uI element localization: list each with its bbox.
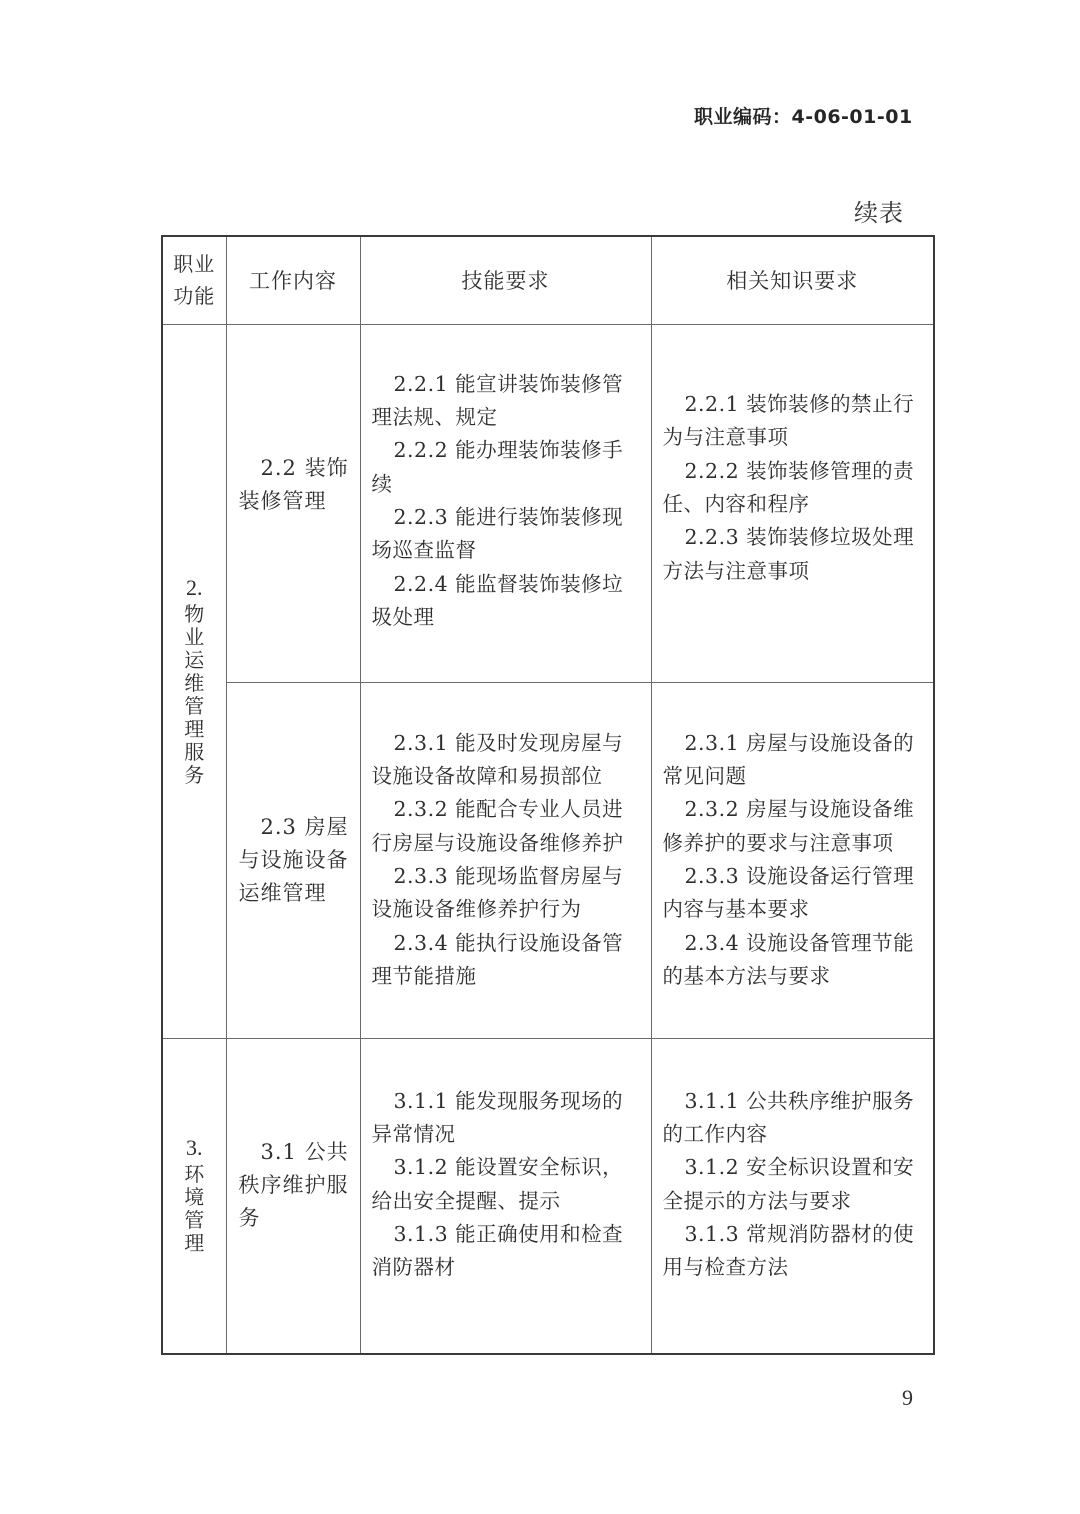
knowledge-item: 3.1.3 常规消防器材的使用与检查方法 bbox=[663, 1218, 926, 1285]
work-content-text: 3.1 公共秩序维护服务 bbox=[239, 1136, 352, 1235]
column-header-function-line2: 功能 bbox=[163, 280, 226, 312]
skill-item: 3.1.1 能发现服务现场的异常情况 bbox=[372, 1085, 643, 1152]
occupation-standard-table: 职业 功能 工作内容 技能要求 相关知识要求 2. 物业运维管理服务 2.2 装… bbox=[161, 235, 935, 1355]
skills-cell: 2.2.1 能宣讲装饰装修管理法规、规定 2.2.2 能办理装饰装修手续 2.2… bbox=[360, 324, 651, 682]
skill-item: 2.2.1 能宣讲装饰装修管理法规、规定 bbox=[372, 368, 643, 435]
knowledge-item: 3.1.2 安全标识设置和安全提示的方法与要求 bbox=[663, 1151, 926, 1218]
column-header-knowledge: 相关知识要求 bbox=[651, 236, 934, 324]
table-row: 2.3 房屋与设施设备运维管理 2.3.1 能及时发现房屋与设施设备故障和易损部… bbox=[162, 682, 934, 1038]
function-cell-environment-management: 3. 环境管理 bbox=[162, 1038, 226, 1354]
skill-item: 2.3.2 能配合专业人员进行房屋与设施设备维修养护 bbox=[372, 793, 643, 860]
column-header-function: 职业 功能 bbox=[162, 236, 226, 324]
skills-cell: 2.3.1 能及时发现房屋与设施设备故障和易损部位 2.3.2 能配合专业人员进… bbox=[360, 682, 651, 1038]
occupation-code: 职业编码：4-06-01-01 bbox=[694, 102, 913, 129]
work-content-cell: 2.3 房屋与设施设备运维管理 bbox=[226, 682, 360, 1038]
function-number: 3. bbox=[163, 1136, 226, 1159]
table-header-row: 职业 功能 工作内容 技能要求 相关知识要求 bbox=[162, 236, 934, 324]
function-number: 2. bbox=[163, 576, 226, 599]
skill-item: 2.2.2 能办理装饰装修手续 bbox=[372, 434, 643, 501]
skill-item: 2.2.4 能监督装饰装修垃圾处理 bbox=[372, 568, 643, 635]
work-content-cell: 3.1 公共秩序维护服务 bbox=[226, 1038, 360, 1354]
table-row: 2. 物业运维管理服务 2.2 装饰装修管理 2.2.1 能宣讲装饰装修管理法规… bbox=[162, 324, 934, 682]
column-header-work-content: 工作内容 bbox=[226, 236, 360, 324]
skill-item: 2.2.3 能进行装饰装修现场巡查监督 bbox=[372, 501, 643, 568]
knowledge-cell: 2.2.1 装饰装修的禁止行为与注意事项 2.2.2 装饰装修管理的责任、内容和… bbox=[651, 324, 934, 682]
knowledge-item: 3.1.1 公共秩序维护服务的工作内容 bbox=[663, 1085, 926, 1152]
work-content-cell: 2.2 装饰装修管理 bbox=[226, 324, 360, 682]
page-number: 9 bbox=[902, 1385, 913, 1411]
knowledge-cell: 3.1.1 公共秩序维护服务的工作内容 3.1.2 安全标识设置和安全提示的方法… bbox=[651, 1038, 934, 1354]
function-cell-property-operations: 2. 物业运维管理服务 bbox=[162, 324, 226, 1038]
knowledge-item: 2.2.1 装饰装修的禁止行为与注意事项 bbox=[663, 388, 926, 455]
knowledge-item: 2.2.3 装饰装修垃圾处理方法与注意事项 bbox=[663, 521, 926, 588]
continued-table-label: 续表 bbox=[854, 193, 904, 228]
function-name: 物业运维管理服务 bbox=[183, 603, 205, 787]
skill-item: 3.1.3 能正确使用和检查消防器材 bbox=[372, 1218, 643, 1285]
knowledge-item: 2.3.4 设施设备管理节能的基本方法与要求 bbox=[663, 927, 926, 994]
skill-item: 3.1.2 能设置安全标识，给出安全提醒、提示 bbox=[372, 1151, 643, 1218]
knowledge-item: 2.2.2 装饰装修管理的责任、内容和程序 bbox=[663, 455, 926, 522]
work-content-text: 2.2 装饰装修管理 bbox=[239, 452, 352, 518]
knowledge-item: 2.3.1 房屋与设施设备的常见问题 bbox=[663, 727, 926, 794]
skill-item: 2.3.1 能及时发现房屋与设施设备故障和易损部位 bbox=[372, 727, 643, 794]
work-content-text: 2.3 房屋与设施设备运维管理 bbox=[239, 811, 352, 910]
function-name: 环境管理 bbox=[183, 1163, 205, 1255]
knowledge-item: 2.3.3 设施设备运行管理内容与基本要求 bbox=[663, 860, 926, 927]
column-header-function-line1: 职业 bbox=[163, 248, 226, 280]
skill-item: 2.3.4 能执行设施设备管理节能措施 bbox=[372, 927, 643, 994]
knowledge-cell: 2.3.1 房屋与设施设备的常见问题 2.3.2 房屋与设施设备维修养护的要求与… bbox=[651, 682, 934, 1038]
skill-item: 2.3.3 能现场监督房屋与设施设备维修养护行为 bbox=[372, 860, 643, 927]
table-row: 3. 环境管理 3.1 公共秩序维护服务 3.1.1 能发现服务现场的异常情况 … bbox=[162, 1038, 934, 1354]
column-header-skills: 技能要求 bbox=[360, 236, 651, 324]
knowledge-item: 2.3.2 房屋与设施设备维修养护的要求与注意事项 bbox=[663, 793, 926, 860]
skills-cell: 3.1.1 能发现服务现场的异常情况 3.1.2 能设置安全标识，给出安全提醒、… bbox=[360, 1038, 651, 1354]
